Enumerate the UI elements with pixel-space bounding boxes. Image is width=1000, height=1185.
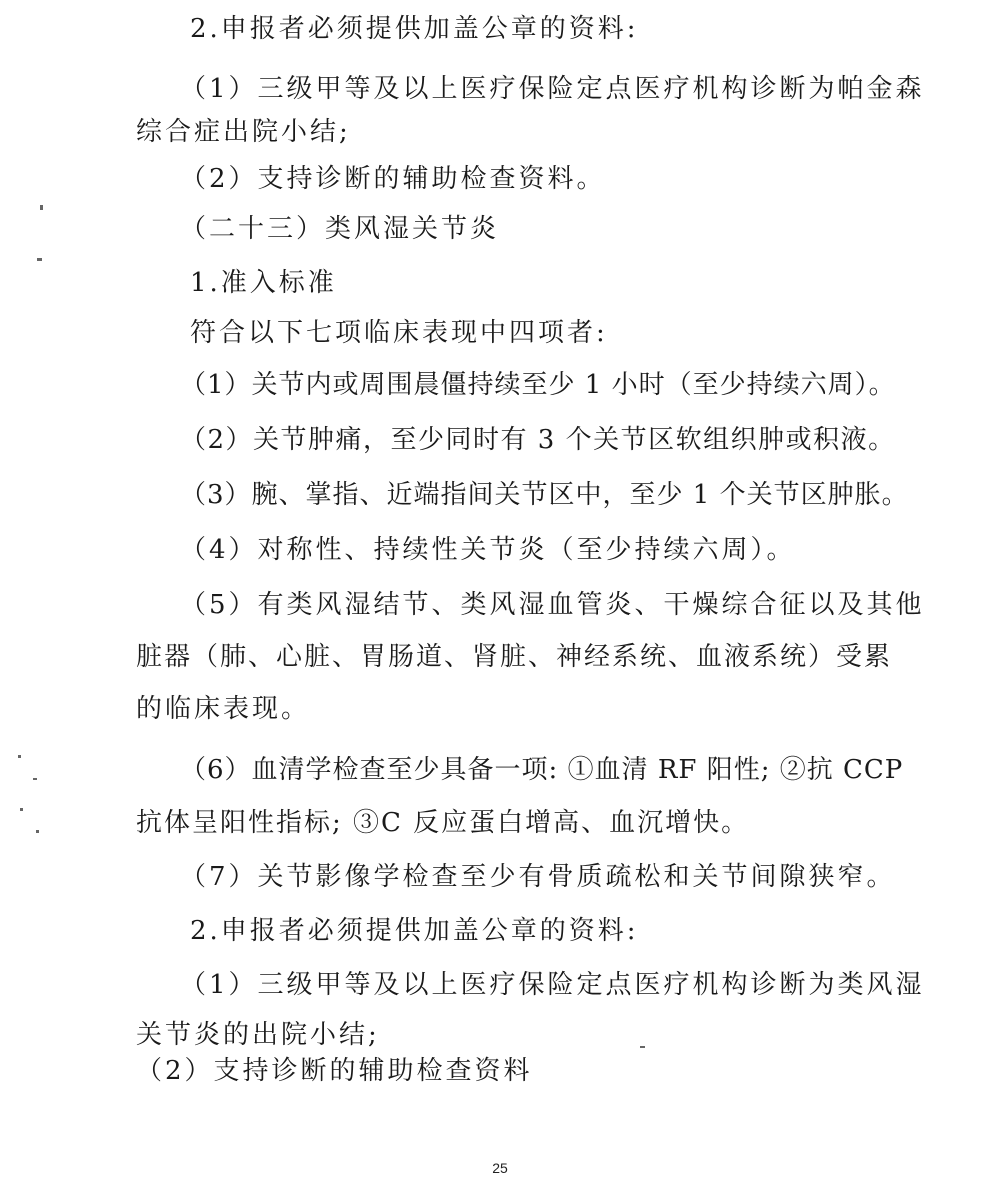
- scan-artifact: [33, 778, 37, 780]
- scan-artifact: [18, 755, 21, 758]
- scan-artifact: [640, 1046, 645, 1048]
- list-item-auxiliary-exam: （2）支持诊断的辅助检查资料: [136, 1056, 533, 1086]
- section-heading-materials: 2.申报者必须提供加盖公章的资料:: [190, 14, 639, 44]
- criterion-1: （1）关节内或周围晨僵持续至少 1 小时（至少持续六周）。: [180, 370, 896, 400]
- criteria-intro: 符合以下七项临床表现中四项者:: [190, 318, 608, 348]
- list-item-continuation: 综合症出院小结;: [136, 117, 351, 147]
- list-item-auxiliary-exam: （2）支持诊断的辅助检查资料。: [180, 164, 606, 194]
- criterion-5-continuation: 的临床表现。: [136, 694, 310, 724]
- criterion-6-continuation: 抗体呈阳性指标; ③C 反应蛋白增高、血沉增快。: [136, 808, 749, 838]
- criterion-3: （3）腕、掌指、近端指间关节区中，至少 1 个关节区肿胀。: [180, 480, 909, 510]
- criterion-5-continuation: 脏器（肺、心脏、胃肠道、肾脏、神经系统、血液系统）受累: [136, 642, 892, 672]
- list-item-continuation: 关节炎的出院小结;: [136, 1020, 380, 1050]
- section-heading-materials: 2.申报者必须提供加盖公章的资料:: [190, 916, 639, 946]
- scan-artifact: [37, 258, 42, 261]
- criterion-5: （5）有类风湿结节、类风湿血管炎、干燥综合征以及其他: [180, 590, 925, 620]
- scan-artifact: [20, 808, 23, 811]
- list-item-discharge-summary: （1）三级甲等及以上医疗保险定点医疗机构诊断为帕金森: [180, 74, 925, 104]
- criterion-6: （6）血清学检查至少具备一项: ①血清 RF 阳性; ②抗 CCP: [180, 755, 903, 785]
- section-heading-criteria: 1.准入标准: [190, 268, 337, 298]
- criterion-2: （2）关节肿痛，至少同时有 3 个关节区软组织肿或积液。: [180, 425, 896, 455]
- criterion-4: （4）对称性、持续性关节炎（至少持续六周）。: [180, 535, 796, 565]
- list-item-discharge-summary: （1）三级甲等及以上医疗保险定点医疗机构诊断为类风湿: [180, 970, 925, 1000]
- scan-artifact: [36, 830, 39, 833]
- scan-artifact: [40, 205, 43, 210]
- disease-heading: （二十三）类风湿关节炎: [180, 214, 499, 244]
- page-number: 25: [0, 1160, 1000, 1176]
- criterion-7: （7）关节影像学检查至少有骨质疏松和关节间隙狭窄。: [180, 862, 896, 892]
